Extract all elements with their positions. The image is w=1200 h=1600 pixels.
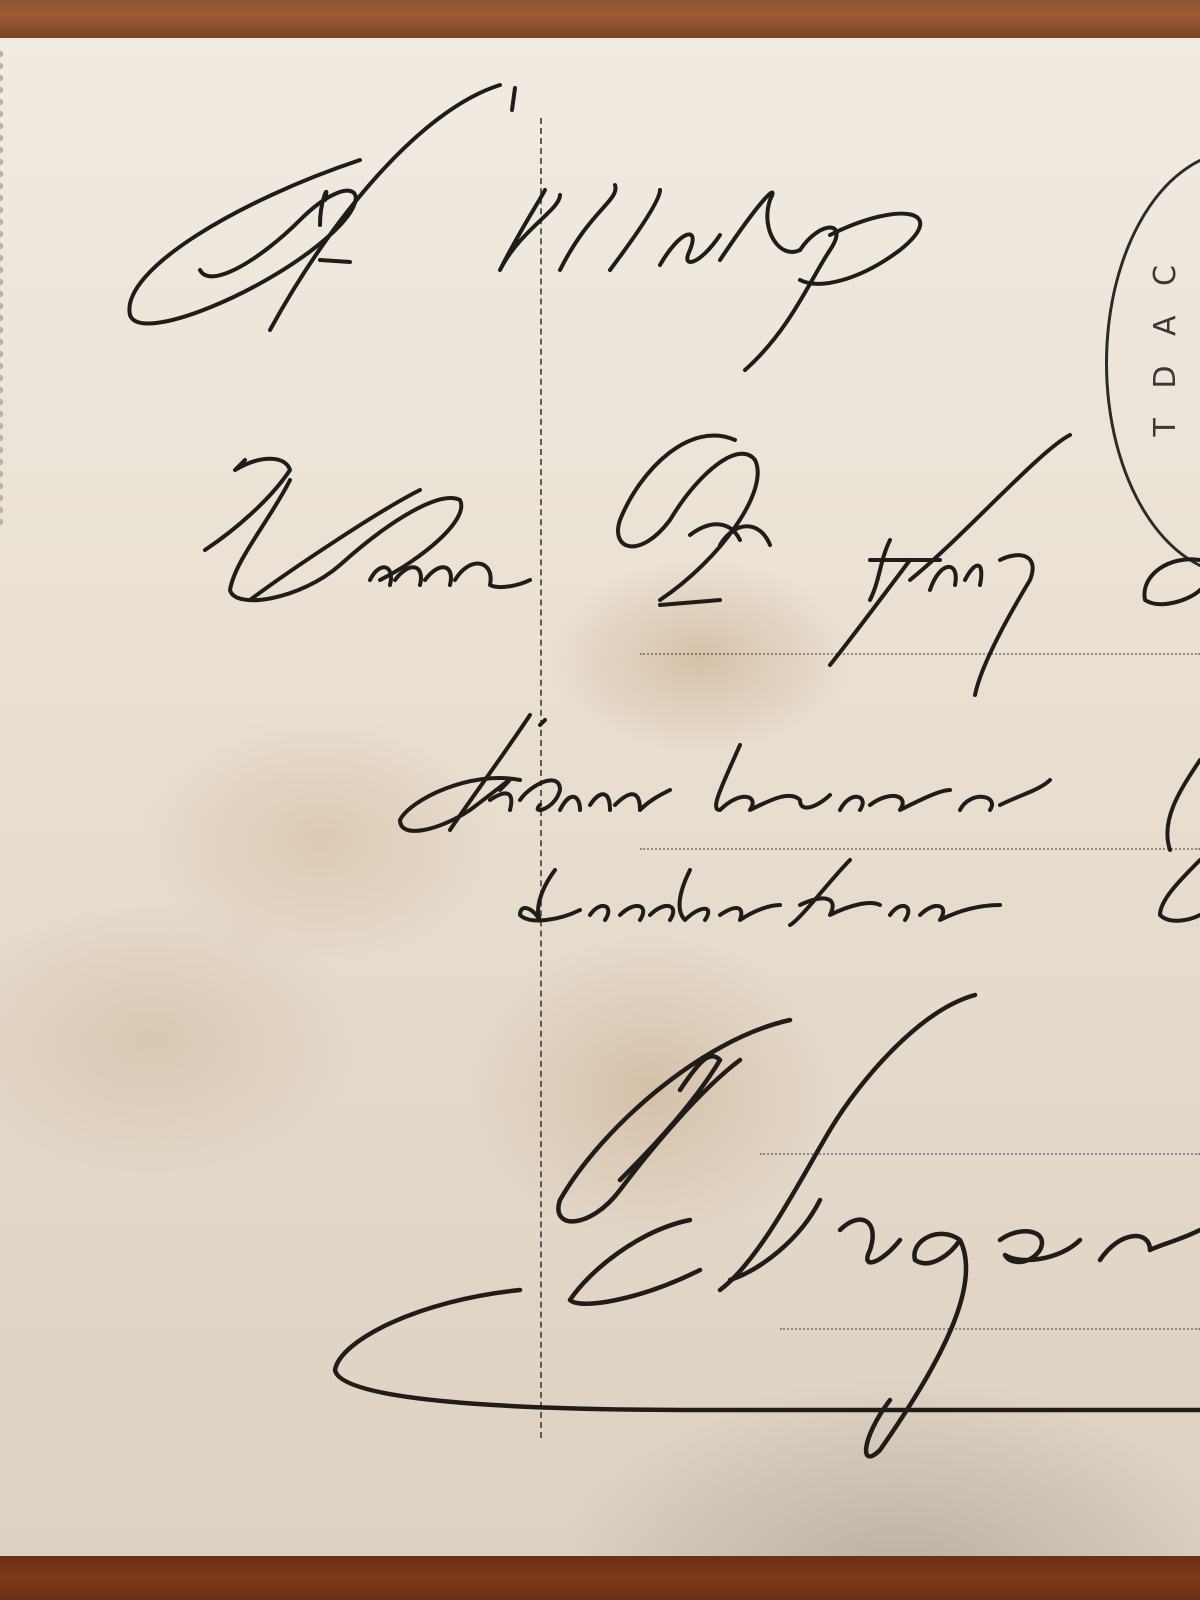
wood-surface-bottom <box>0 1556 1200 1600</box>
handwriting-address-line-3 <box>520 860 1200 925</box>
handwriting-ink <box>0 0 1200 1600</box>
handwriting-city-line <box>335 995 1200 1456</box>
handwriting-address-line-1 <box>205 435 1200 695</box>
handwriting-address-line-2 <box>400 715 1200 850</box>
handwriting-sender-line <box>129 85 920 370</box>
